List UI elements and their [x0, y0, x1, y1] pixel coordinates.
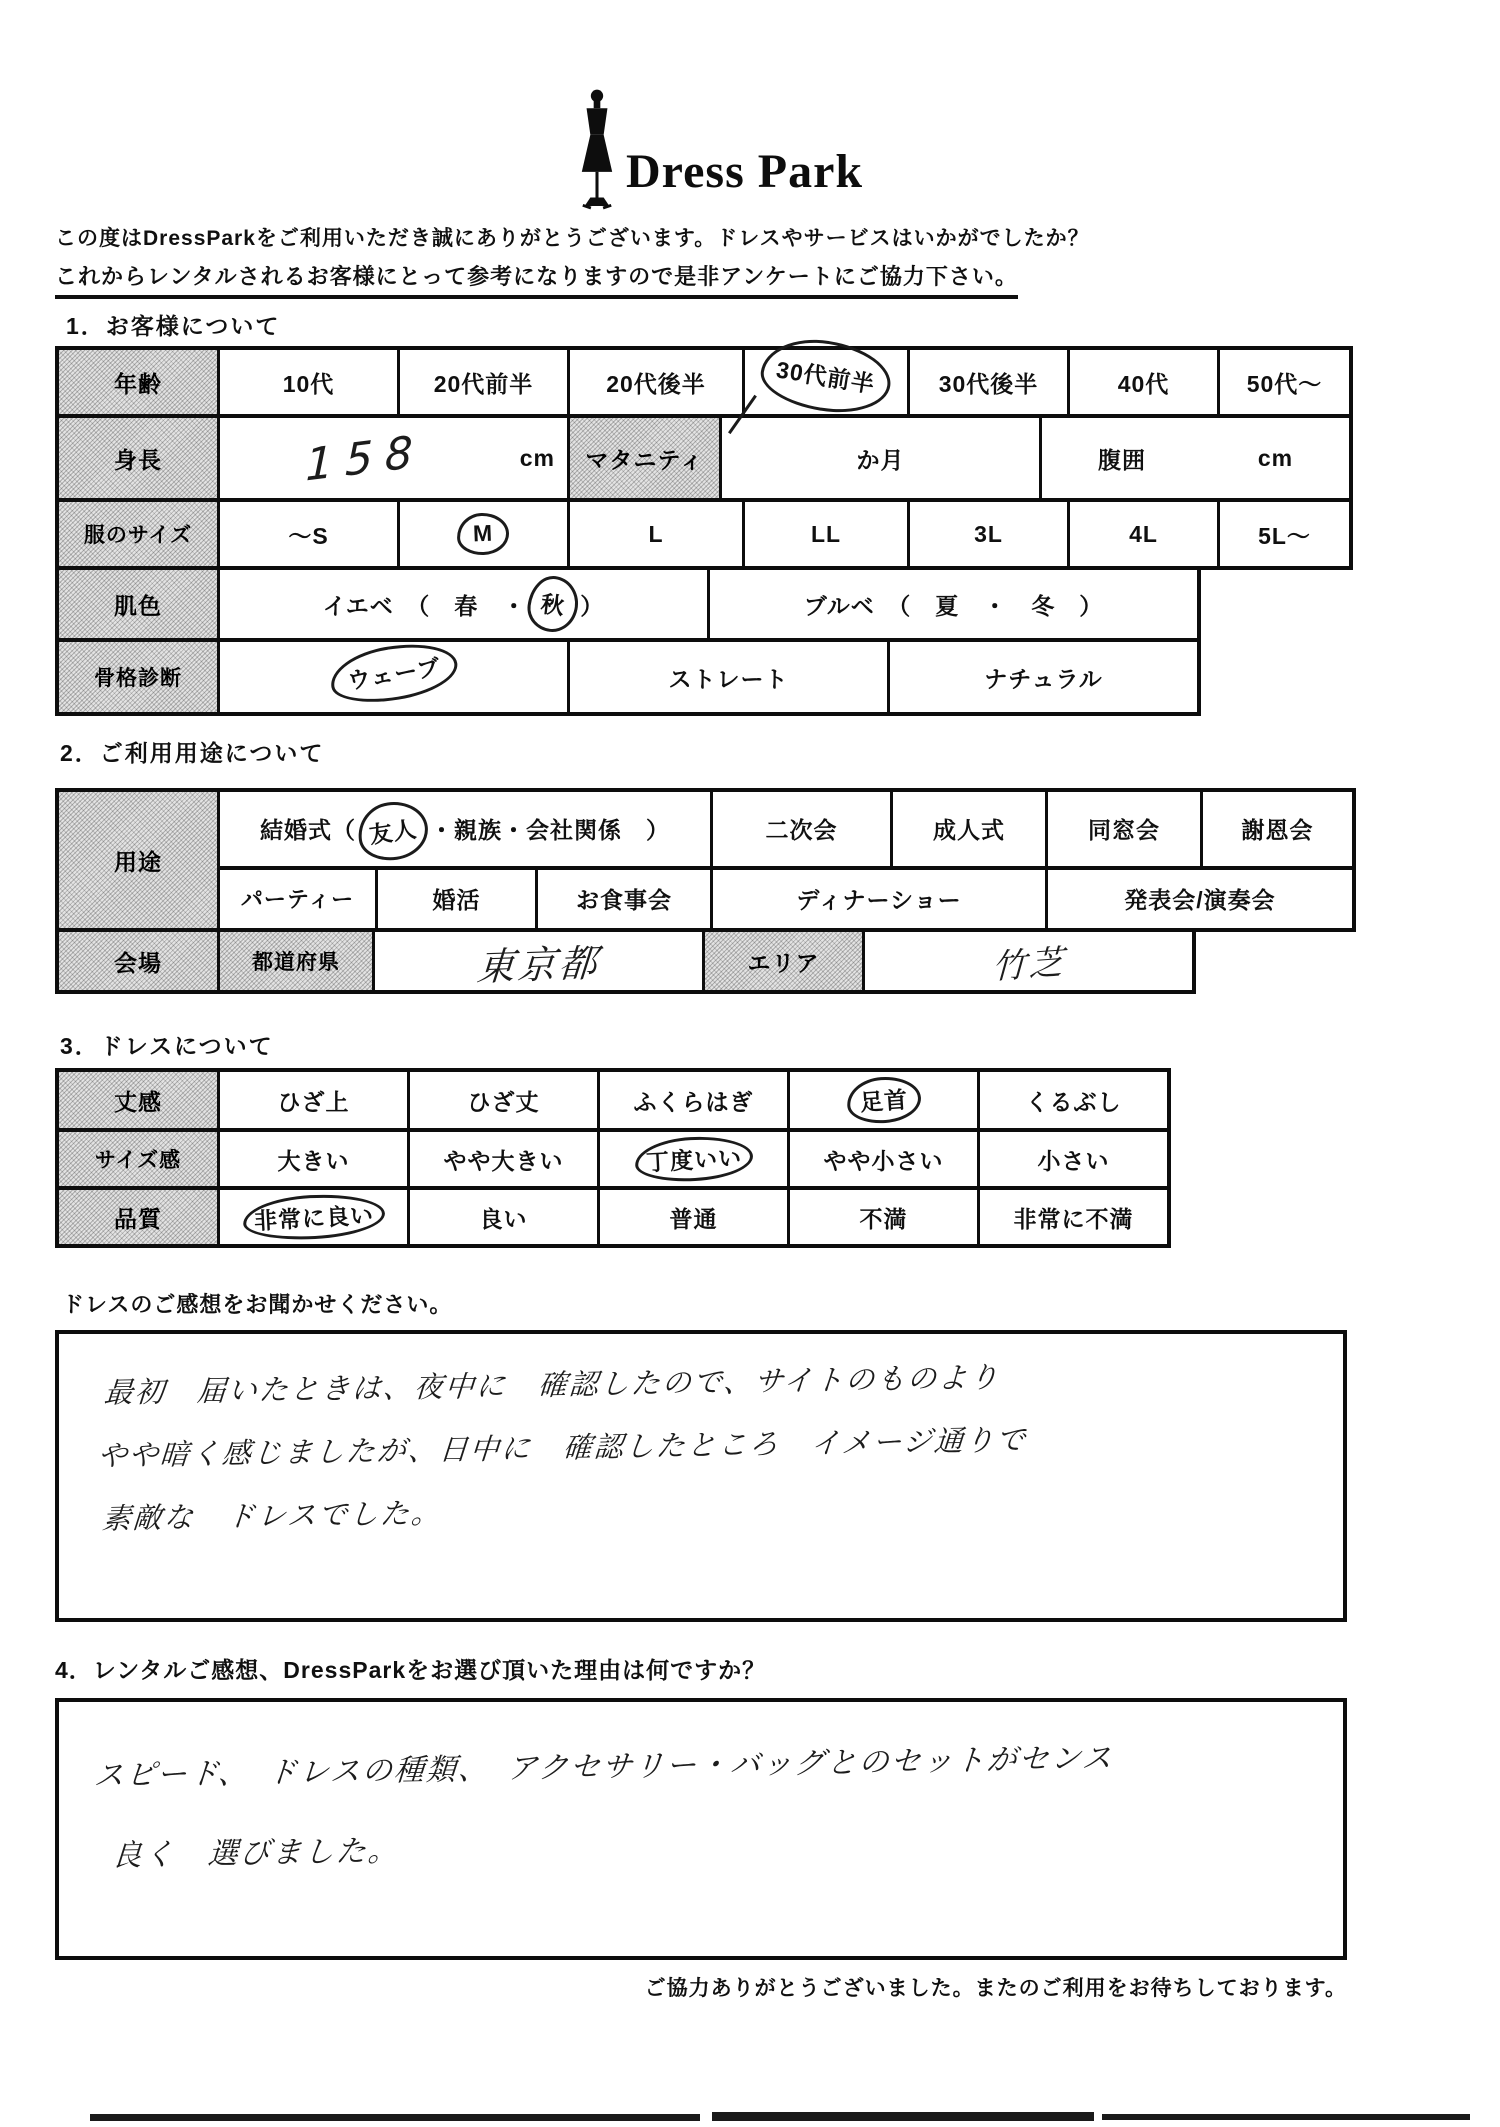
selection-circle: 非常に良い [241, 1191, 385, 1242]
height-row: 身長 158 cm マタニティ か月 腹囲 cm [55, 414, 1353, 502]
skin-label: 肌色 [59, 570, 217, 638]
height-label: 身長 [59, 418, 217, 498]
prefecture-label: 都道府県 [217, 932, 372, 990]
waist-label: 腹囲 [1098, 442, 1146, 475]
area-value-cell: 竹芝 [862, 932, 1192, 990]
skin-yellow-prefix: イエベ （ 春 ・ [323, 588, 527, 621]
venue-row: 会場 都道府県 東京都 エリア 竹芝 [55, 928, 1196, 994]
fit-label: サイズ感 [59, 1132, 217, 1186]
purpose-option: 成人式 [890, 792, 1045, 866]
length-option: ふくらはぎ [597, 1072, 787, 1128]
age-row: 年齢 10代 20代前半 20代後半 30代前半 30代後半 40代 50代～ [55, 346, 1353, 418]
dress-form-icon [578, 88, 616, 217]
size-label: 服のサイズ [59, 502, 217, 566]
maternity-months-cell: か月 [719, 418, 1039, 498]
purpose-option: 婚活 [375, 870, 535, 928]
handwritten-answer-line: 良く 選びました。 [111, 1809, 1325, 1874]
skin-yellow-option: イエベ （ 春 ・ 秋 ） [217, 570, 707, 638]
scan-artifact-line [712, 2112, 1094, 2121]
age-option: 20代前半 [397, 350, 567, 414]
prefecture-handwritten-value: 東京都 [475, 931, 602, 990]
purpose-option: お食事会 [535, 870, 710, 928]
fit-option: 小さい [977, 1132, 1167, 1186]
purpose-option: パーティー [220, 870, 375, 928]
purpose-option: 同窓会 [1045, 792, 1200, 866]
age-label: 年齢 [59, 350, 217, 414]
logo: Dress Park [578, 88, 863, 217]
purpose-option: ディナーショー [710, 870, 1045, 928]
selection-circle: ウェーブ [326, 636, 461, 709]
intro-line-1: この度はDressParkをご利用いただき誠にありがとうございます。ドレスやサー… [55, 222, 1090, 252]
handwritten-comment-line: やや暗く感じましたが、日中に 確認したところ イメージ通りで [97, 1412, 1325, 1474]
length-row: 丈感 ひざ上 ひざ丈 ふくらはぎ 足首 くるぶし [55, 1068, 1171, 1132]
purpose-option: 二次会 [710, 792, 890, 866]
area-label: エリア [702, 932, 862, 990]
purpose-wedding-cell: 結婚式（ 友人 ・親族・会社関係 ） [220, 792, 710, 866]
length-option: ひざ上 [217, 1072, 407, 1128]
selection-circle: 秋 [525, 573, 581, 635]
fit-option: やや小さい [787, 1132, 977, 1186]
frame-diagnosis-row: 骨格診断 ウェーブ ストレート ナチュラル [55, 638, 1201, 716]
size-option: 4L [1067, 502, 1217, 566]
quality-option: 良い [407, 1190, 597, 1244]
size-option: L [567, 502, 742, 566]
length-option: ひざ丈 [407, 1072, 597, 1128]
section-2-title: 2．ご利用用途について [60, 735, 324, 768]
size-option-selected: M [397, 502, 567, 566]
frame-label: 骨格診断 [59, 642, 217, 712]
brand-name: Dress Park [626, 144, 863, 217]
height-unit: cm [520, 445, 555, 472]
section-1-title: 1．お客様について [66, 308, 280, 341]
purpose-row-1: 結婚式（ 友人 ・親族・会社関係 ） 二次会 成人式 同窓会 謝恩会 [220, 792, 1352, 866]
selection-circle: M [457, 512, 511, 556]
wedding-suffix: ・親族・会社関係 ） [430, 812, 670, 845]
intro-line-2: これからレンタルされるお客様にとって参考になりますので是非アンケートにご協力下さ… [55, 260, 1018, 299]
size-option: LL [742, 502, 907, 566]
age-option: 30代後半 [907, 350, 1067, 414]
section-4-title: 4．レンタルご感想、DressParkをお選び頂いた理由は何ですか？ [55, 1652, 766, 1685]
frame-option: ストレート [567, 642, 887, 712]
scan-artifact-line [1102, 2114, 1470, 2120]
length-option-selected: 足首 [787, 1072, 977, 1128]
quality-row: 品質 非常に良い 良い 普通 不満 非常に不満 [55, 1186, 1171, 1248]
fit-option-selected: 丁度いい [597, 1132, 787, 1186]
waist-unit: cm [1258, 445, 1293, 472]
scan-artifact-line [90, 2114, 700, 2121]
age-option: 20代後半 [567, 350, 742, 414]
frame-option: ナチュラル [887, 642, 1197, 712]
purpose-option: 発表会/演奏会 [1045, 870, 1352, 928]
skin-blue-option: ブルベ （ 夏 ・ 冬 ） [707, 570, 1197, 638]
length-label: 丈感 [59, 1072, 217, 1128]
selection-circle: 丁度いい [633, 1134, 753, 1184]
fit-row: サイズ感 大きい やや大きい 丁度いい やや小さい 小さい [55, 1128, 1171, 1190]
purpose-row-2: パーティー 婚活 お食事会 ディナーショー 発表会/演奏会 [220, 866, 1352, 928]
height-handwritten-value: 158 [305, 425, 425, 491]
customer-table: 年齢 10代 20代前半 20代後半 30代前半 30代後半 40代 50代～ … [55, 346, 1353, 716]
handwritten-comment-line: 素敵な ドレスでした。 [101, 1475, 1325, 1537]
handwritten-answer-line: スピード、 ドレスの種類、 アクセサリー・バッグとのセットがセンス [93, 1729, 1325, 1795]
fit-option: 大きい [217, 1132, 407, 1186]
quality-option: 不満 [787, 1190, 977, 1244]
skin-tone-row: 肌色 イエベ （ 春 ・ 秋 ） ブルベ （ 夏 ・ 冬 ） [55, 566, 1201, 642]
fit-option: やや大きい [407, 1132, 597, 1186]
prefecture-value-cell: 東京都 [372, 932, 702, 990]
size-option: 5L～ [1217, 502, 1349, 566]
purpose-group-row: 用途 結婚式（ 友人 ・親族・会社関係 ） 二次会 成人式 同窓会 謝恩会 パー… [55, 788, 1356, 932]
purpose-option: 謝恩会 [1200, 792, 1352, 866]
selection-circle: 友人 [354, 797, 431, 864]
rental-reason-box: スピード、 ドレスの種類、 アクセサリー・バッグとのセットがセンス 良く 選びま… [55, 1698, 1347, 1960]
selection-circle: 足首 [845, 1074, 922, 1125]
dress-comment-prompt: ドレスのご感想をお聞かせください。 [62, 1288, 452, 1319]
quality-option: 非常に不満 [977, 1190, 1167, 1244]
dress-comment-box: 最初 届いたときは、夜中に 確認したので、サイトのものより やや暗く感じましたが… [55, 1330, 1347, 1622]
scanned-questionnaire-page: Dress Park この度はDressParkをご利用いただき誠にありがとうご… [0, 0, 1500, 2127]
venue-label: 会場 [59, 932, 217, 990]
purpose-table: 用途 結婚式（ 友人 ・親族・会社関係 ） 二次会 成人式 同窓会 謝恩会 パー… [55, 788, 1356, 994]
dress-table: 丈感 ひざ上 ひざ丈 ふくらはぎ 足首 くるぶし サイズ感 大きい やや大きい … [55, 1068, 1171, 1248]
wedding-prefix: 結婚式（ [260, 812, 356, 845]
age-option-selected: 30代前半 [742, 350, 907, 414]
selection-circle: 30代前半 [757, 331, 896, 420]
area-handwritten-value: 竹芝 [991, 934, 1067, 988]
clothing-size-row: 服のサイズ ～S M L LL 3L 4L 5L～ [55, 498, 1353, 570]
height-value-cell: 158 cm [217, 418, 567, 498]
quality-option: 普通 [597, 1190, 787, 1244]
size-option: 3L [907, 502, 1067, 566]
age-option: 10代 [217, 350, 397, 414]
age-option: 40代 [1067, 350, 1217, 414]
age-option: 50代～ [1217, 350, 1349, 414]
maternity-label: マタニティ [567, 418, 719, 498]
section-3-title: 3．ドレスについて [60, 1028, 274, 1061]
waist-cell: 腹囲 cm [1039, 418, 1349, 498]
handwritten-comment-line: 最初 届いたときは、夜中に 確認したので、サイトのものより [103, 1349, 1325, 1411]
quality-label: 品質 [59, 1190, 217, 1244]
length-option: くるぶし [977, 1072, 1167, 1128]
quality-option-selected: 非常に良い [217, 1190, 407, 1244]
frame-option-selected: ウェーブ [217, 642, 567, 712]
footer-thanks: ご協力ありがとうございました。またのご利用をお待ちしております。 [55, 1972, 1347, 2002]
purpose-options-stack: 結婚式（ 友人 ・親族・会社関係 ） 二次会 成人式 同窓会 謝恩会 パーティー… [217, 792, 1352, 928]
skin-yellow-suffix: ） [580, 588, 604, 621]
purpose-label: 用途 [59, 792, 217, 928]
size-option: ～S [217, 502, 397, 566]
